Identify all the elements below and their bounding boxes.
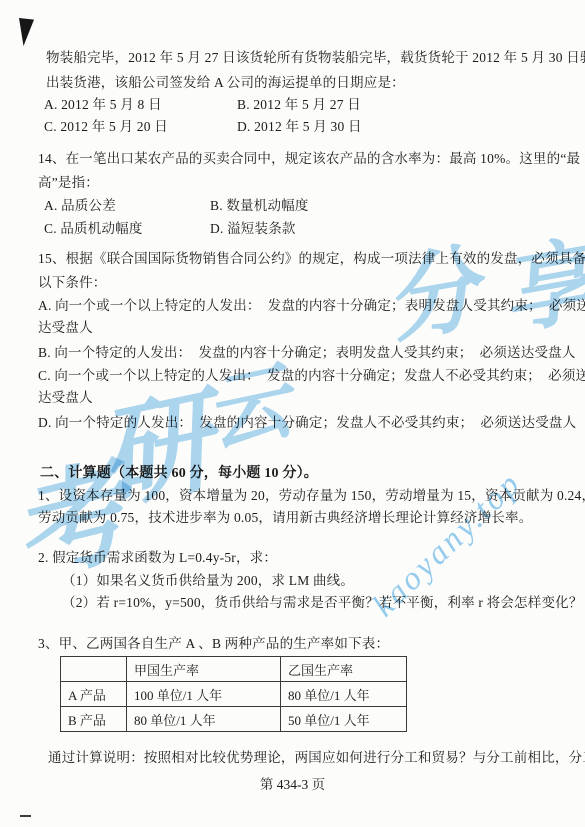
q15-stem-line-2: 以下条件： [38,275,107,291]
q13-stem-line-1: 物装船完毕，2012 年 5 月 27 日该货轮所有货物装船完毕，载货货轮于 2… [46,50,585,66]
table-cell: 50 单位/1 人年 [281,707,407,732]
table-row-product-a: A 产品 100 单位/1 人年 80 单位/1 人年 [61,682,407,707]
page-number: 第 434-3 页 [0,773,585,793]
calc-q2-sub-1: （1）如果名义货币供给量为 200，求 LM 曲线。 [62,573,354,589]
table-header-row: 甲国生产率 乙国生产率 [61,657,407,682]
calc-q1-line-1: 1、设资本存量为 100，资本增量为 20，劳动存量为 150，劳动增量为 15… [38,488,585,504]
table-cell: A 产品 [61,682,127,707]
q15-option-b: B. 向一个特定的人发出： 发盘的内容十分确定；表明发盘人受其约束； 必须送达受… [38,345,576,361]
q15-option-c-line-1: C. 向一个或一个以上特定的人发出： 发盘的内容十分确定；发盘人不必受其约束； … [38,368,585,384]
productivity-table: 甲国生产率 乙国生产率 A 产品 100 单位/1 人年 80 单位/1 人年 … [60,656,407,732]
table-cell: B 产品 [61,707,127,732]
q15-option-a-line-1: A. 向一个或一个以上特定的人发出： 发盘的内容十分确定；表明发盘人受其约束； … [38,298,585,314]
q14-stem-line-2: 高”是指： [38,175,99,191]
calc-q2-intro: 2. 假定货币需求函数为 L=0.4y-5r，求： [38,550,277,566]
q14-option-c: C. 品质机动幅度 [44,221,210,237]
q14-option-a: A. 品质公差 [44,198,210,214]
scanned-exam-page: 物装船完毕，2012 年 5 月 27 日该货轮所有货物装船完毕，载货货轮于 2… [0,0,585,827]
table-header-empty [61,657,127,682]
q13-stem-line-2: 出装货港，该船公司签发给 A 公司的海运提单的日期应是： [46,75,405,91]
q13-option-c: C. 2012 年 5 月 20 日 [44,119,237,135]
q14-option-d: D. 溢短装条款 [210,221,296,236]
q13-options-row-1: A. 2012 年 5 月 8 日B. 2012 年 5 月 27 日 [44,97,361,113]
table-cell: 100 单位/1 人年 [127,682,281,707]
section-2-heading: 二、计算题（本题共 60 分，每小题 10 分）。 [40,466,318,482]
q15-option-d: D. 向一个特定的人发出： 发盘的内容十分确定；发盘人不必受其约束； 必须送达受… [38,415,576,431]
table-cell: 80 单位/1 人年 [127,707,281,732]
table-header-country-b: 乙国生产率 [281,657,407,682]
calc-q3-intro: 3、甲、乙两国各自生产 A 、B 两种产品的生产率如下表： [38,636,389,652]
q13-option-a: A. 2012 年 5 月 8 日 [44,97,237,113]
table-row-product-b: B 产品 80 单位/1 人年 50 单位/1 人年 [61,707,407,732]
q13-option-b: B. 2012 年 5 月 27 日 [237,97,361,112]
q14-options-row-2: C. 品质机动幅度D. 溢短装条款 [44,221,296,237]
scan-edge-mark [20,815,31,817]
scan-corner-mark [19,18,34,46]
q15-option-c-line-2: 达受盘人 [38,390,93,406]
closing-line: 通过计算说明：按照相对比较优势理论，两国应如何进行分工和贸易？与分工前相比，分工 [48,750,585,766]
table-cell: 80 单位/1 人年 [281,682,407,707]
calc-q1-line-2: 劳动贡献为 0.75，技术进步率为 0.05，请用新古典经济增长理论计算经济增长… [38,510,532,526]
q13-option-d: D. 2012 年 5 月 30 日 [237,119,362,134]
q15-option-a-line-2: 达受盘人 [38,320,93,336]
calc-q2-sub-2: （2）若 r=10%，y=500，货币供给与需求是否平衡？若不平衡，利率 r 将… [62,595,583,611]
q14-options-row-1: A. 品质公差B. 数量机动幅度 [44,198,309,214]
q13-options-row-2: C. 2012 年 5 月 20 日D. 2012 年 5 月 30 日 [44,119,362,135]
q15-stem-line-1: 15、根据《联合国国际货物销售合同公约》的规定，构成一项法律上有效的发盘，必须具… [38,251,585,267]
q14-stem-line-1: 14、在一笔出口某农产品的买卖合同中，规定该农产品的含水率为：最高 10%。这里… [38,151,580,167]
table-header-country-a: 甲国生产率 [127,657,281,682]
q14-option-b: B. 数量机动幅度 [210,198,309,213]
